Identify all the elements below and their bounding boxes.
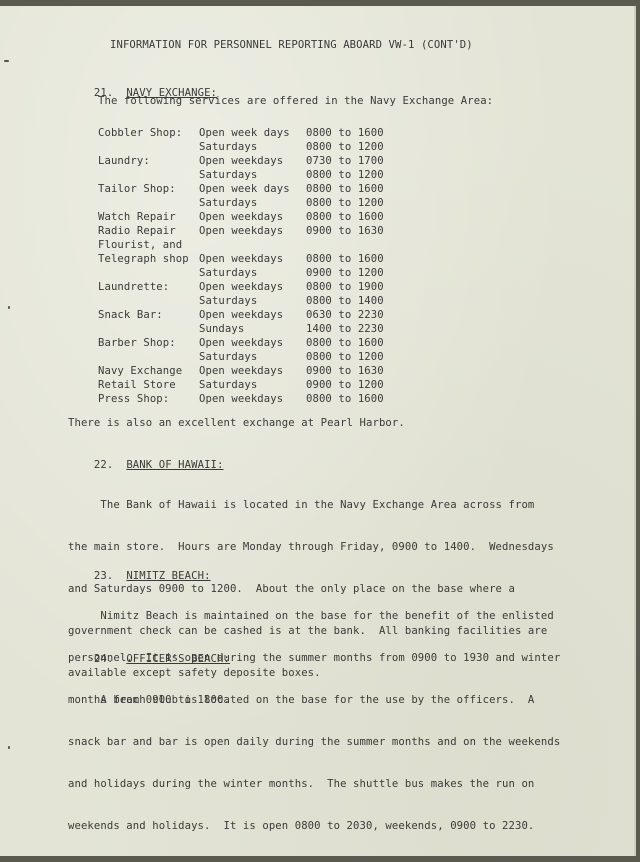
open-days: Open weekdays bbox=[199, 154, 283, 168]
margin-speck bbox=[4, 60, 9, 62]
document-page: INFORMATION FOR PERSONNEL REPORTING ABOA… bbox=[0, 6, 636, 856]
section-21-intro: The following services are offered in th… bbox=[98, 94, 493, 108]
shop-name: Radio Repair bbox=[98, 224, 176, 238]
shop-name: Tailor Shop: bbox=[98, 182, 176, 196]
shop-name: Laundrette: bbox=[98, 280, 169, 294]
open-days: Open weekdays bbox=[199, 308, 283, 322]
paragraph-line: A beach club is located on the base for … bbox=[68, 693, 588, 707]
page-header: INFORMATION FOR PERSONNEL REPORTING ABOA… bbox=[110, 38, 473, 52]
shop-name: Press Shop: bbox=[98, 392, 169, 406]
shop-name: Snack Bar: bbox=[98, 308, 163, 322]
hours: 0900 to 1630 bbox=[306, 364, 384, 378]
open-days: Saturdays bbox=[199, 140, 257, 154]
shop-name: Cobbler Shop: bbox=[98, 126, 182, 140]
section-number: 24. bbox=[94, 653, 113, 665]
open-days: Open weekdays bbox=[199, 336, 283, 350]
hours: 0800 to 1200 bbox=[306, 350, 384, 364]
shop-name: Flourist, and bbox=[98, 238, 182, 252]
paragraph-line: snack bar and bar is open daily during t… bbox=[68, 735, 588, 749]
shop-name: Barber Shop: bbox=[98, 336, 176, 350]
paragraph-line: Nimitz Beach is maintained on the base f… bbox=[68, 609, 588, 623]
open-days: Saturdays bbox=[199, 196, 257, 210]
hours: 0900 to 1200 bbox=[306, 266, 384, 280]
open-days: Open weekdays bbox=[199, 210, 283, 224]
open-days: Open weekdays bbox=[199, 252, 283, 266]
hours: 0730 to 1700 bbox=[306, 154, 384, 168]
open-days: Saturdays bbox=[199, 294, 257, 308]
hours: 0630 to 2230 bbox=[306, 308, 384, 322]
open-days: Open week days bbox=[199, 126, 290, 140]
hours: 0800 to 1600 bbox=[306, 126, 384, 140]
hours: 0800 to 1600 bbox=[306, 210, 384, 224]
section-title: OFFICER'S BEACH: bbox=[126, 653, 230, 665]
hours: 0800 to 1600 bbox=[306, 252, 384, 266]
hours: 0800 to 1200 bbox=[306, 140, 384, 154]
shop-name: Telegraph shop bbox=[98, 252, 189, 266]
shop-name: Retail Store bbox=[98, 378, 176, 392]
hours: 0800 to 1400 bbox=[306, 294, 384, 308]
shop-name: Watch Repair bbox=[98, 210, 176, 224]
hours: 0900 to 1630 bbox=[306, 224, 384, 238]
hours: 0800 to 1200 bbox=[306, 196, 384, 210]
paragraph-line: weekends and holidays. It is open 0800 t… bbox=[68, 819, 588, 833]
open-days: Open weekdays bbox=[199, 224, 283, 238]
margin-speck bbox=[8, 746, 10, 749]
hours: 0800 to 1600 bbox=[306, 182, 384, 196]
hours: 0800 to 1200 bbox=[306, 168, 384, 182]
paragraph-line: and holidays during the winter months. T… bbox=[68, 777, 588, 791]
shop-name: Laundry: bbox=[98, 154, 150, 168]
hours: 0900 to 1200 bbox=[306, 378, 384, 392]
section-24-body: A beach club is located on the base for … bbox=[68, 665, 588, 861]
shop-name: Navy Exchange bbox=[98, 364, 182, 378]
hours: 1400 to 2230 bbox=[306, 322, 384, 336]
margin-speck bbox=[8, 306, 10, 309]
open-days: Open weekdays bbox=[199, 280, 283, 294]
open-days: Saturdays bbox=[199, 266, 257, 280]
hours: 0800 to 1600 bbox=[306, 392, 384, 406]
open-days: Open week days bbox=[199, 182, 290, 196]
open-days: Open weekdays bbox=[199, 364, 283, 378]
open-days: Saturdays bbox=[199, 350, 257, 364]
paragraph-line: the main store. Hours are Monday through… bbox=[68, 540, 588, 554]
section-21-footer: There is also an excellent exchange at P… bbox=[68, 416, 405, 430]
open-days: Sundays bbox=[199, 322, 244, 336]
hours: 0800 to 1900 bbox=[306, 280, 384, 294]
open-days: Open weekdays bbox=[199, 392, 283, 406]
open-days: Saturdays bbox=[199, 378, 257, 392]
paragraph-line: The Bank of Hawaii is located in the Nav… bbox=[68, 498, 588, 512]
hours: 0800 to 1600 bbox=[306, 336, 384, 350]
open-days: Saturdays bbox=[199, 168, 257, 182]
